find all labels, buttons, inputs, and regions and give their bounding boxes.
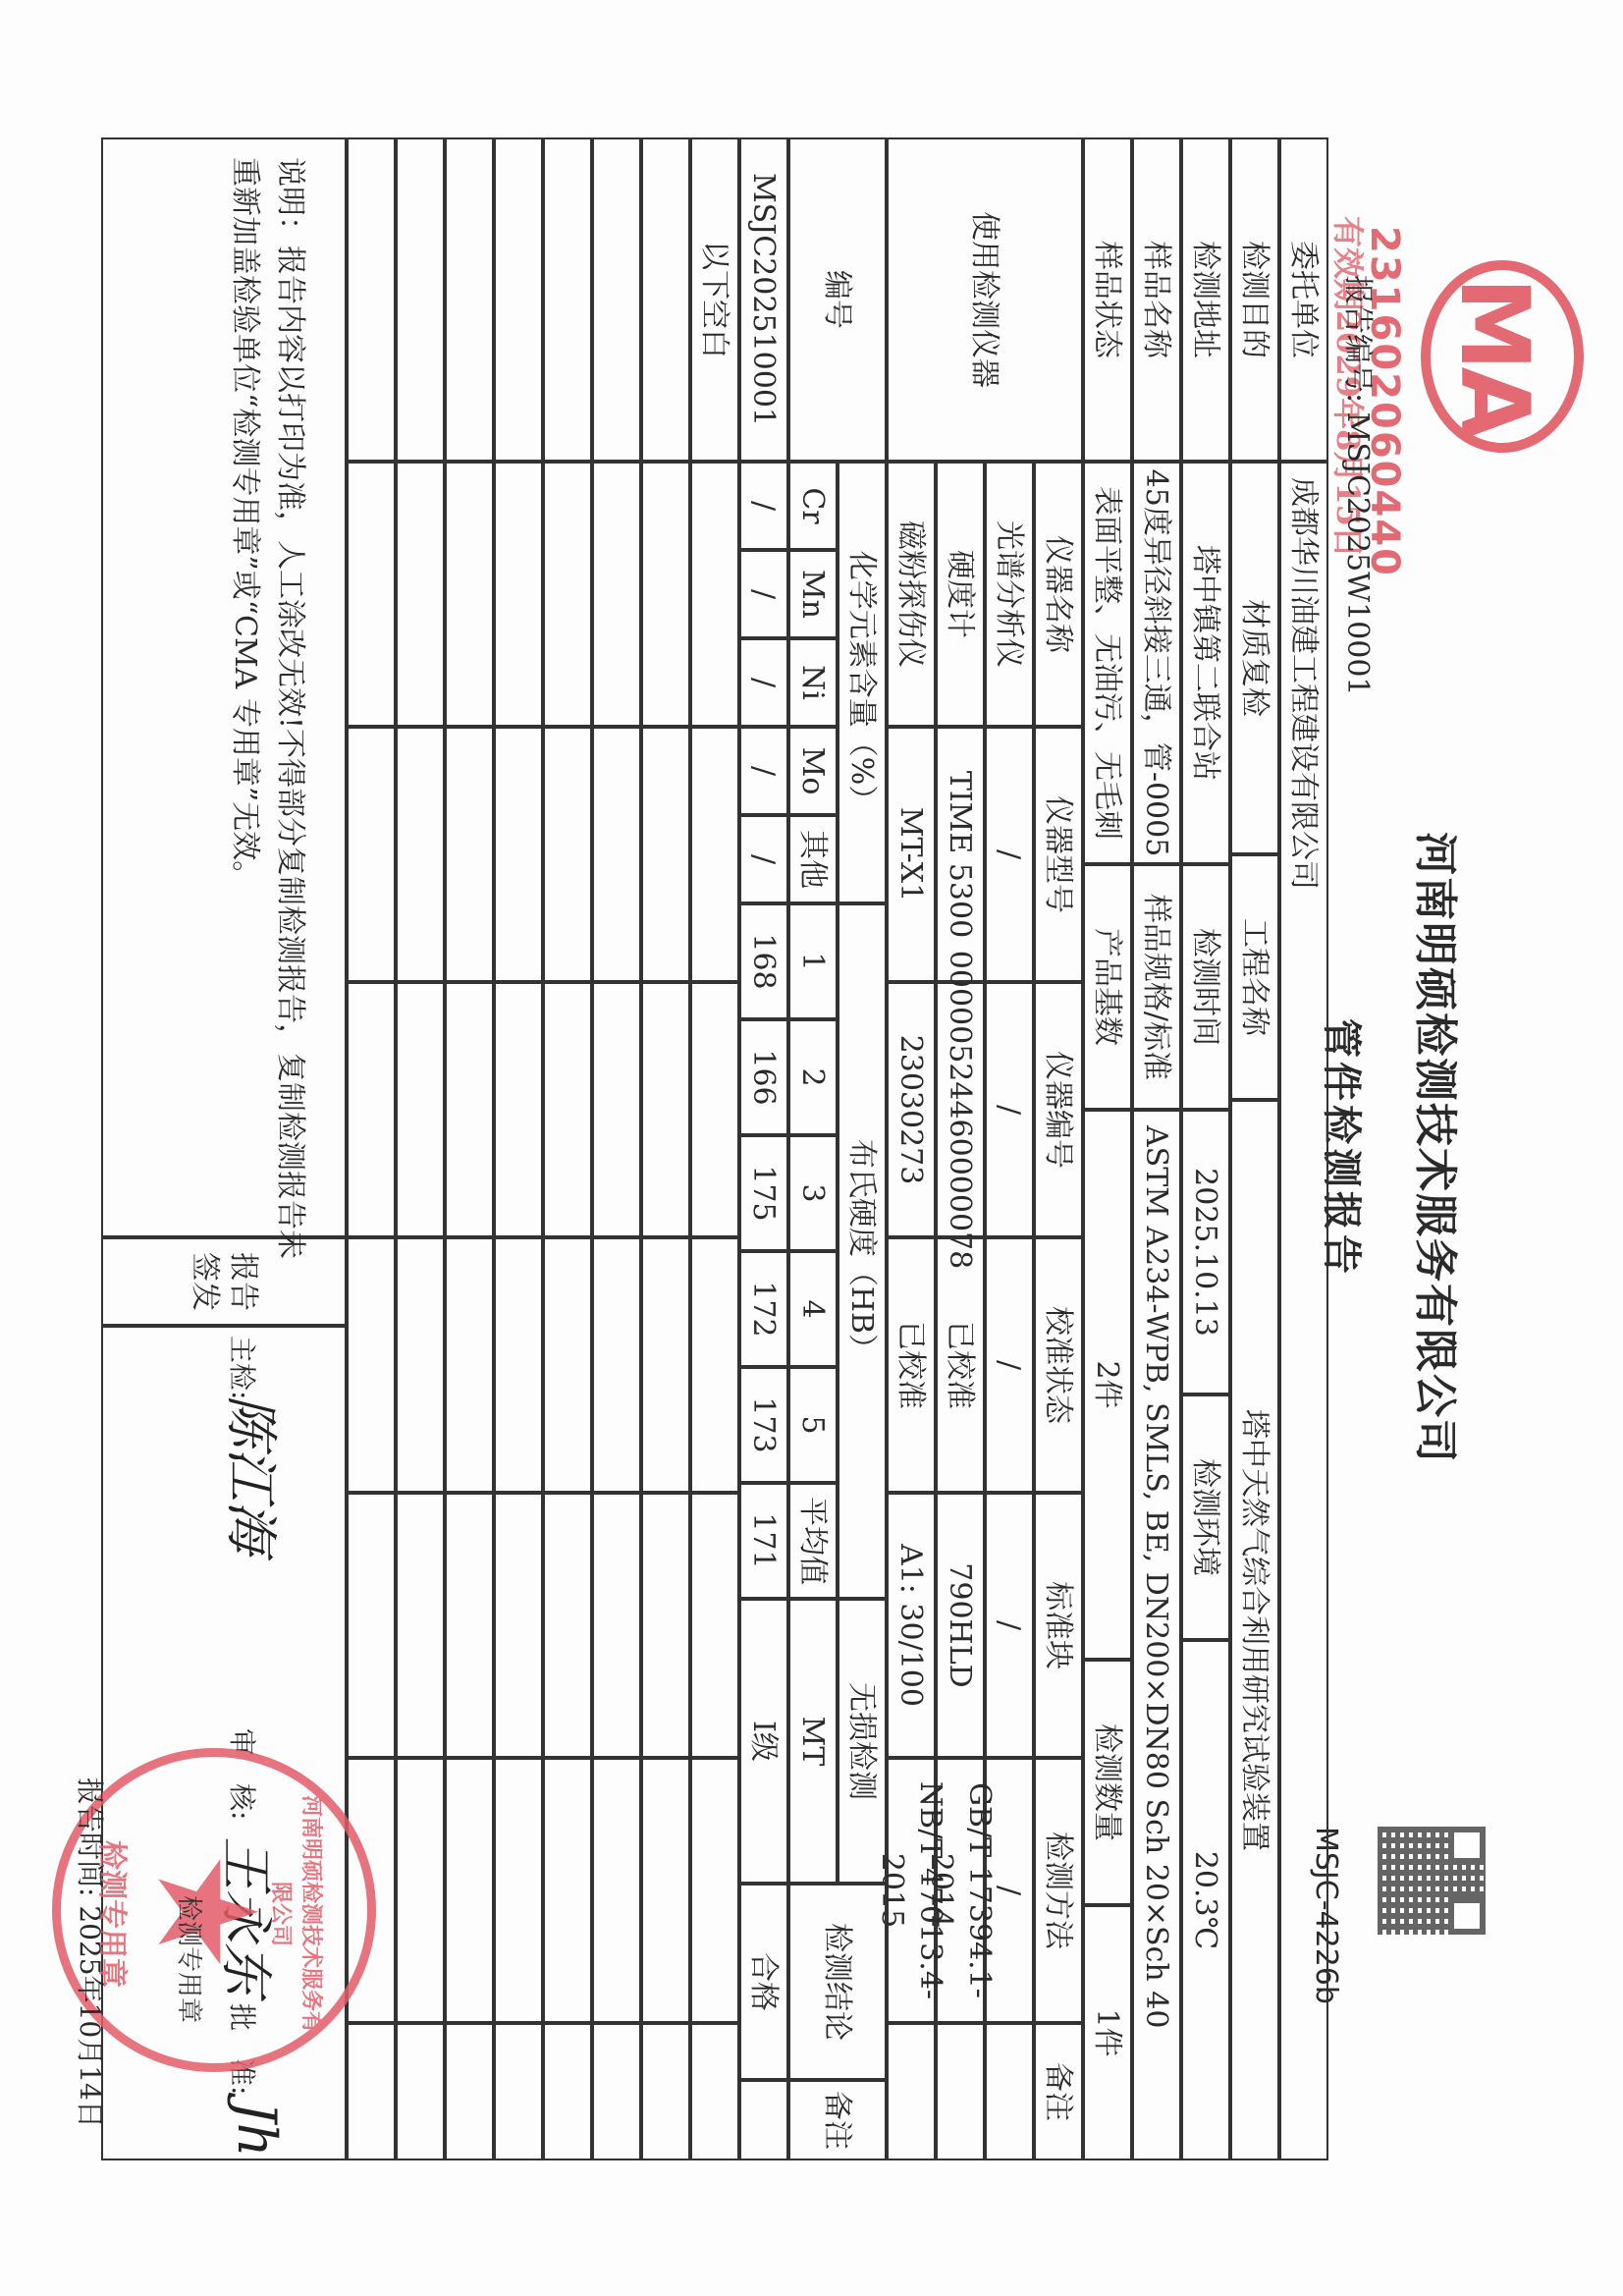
conclusion-value: 合格: [739, 1884, 788, 2080]
empty-cell: [690, 982, 739, 1237]
chem-element-header: Mo: [788, 727, 838, 815]
empty-cell: [347, 1237, 396, 1493]
instrument-header-3: 校准状态: [1034, 1237, 1083, 1493]
report-date-value: 2025年10月14日: [74, 1905, 106, 2128]
empty-cell: [592, 727, 641, 982]
report-page: MA 231602060440 有效期2029年8月15日 报告编号: MSJC…: [0, 0, 1623, 2296]
empty-cell: [641, 2023, 690, 2160]
hardness-point-header: 1: [788, 903, 838, 1019]
sample-state-label: 样品状态: [1083, 137, 1132, 462]
empty-cell: [445, 982, 494, 1237]
empty-cell: [690, 2023, 739, 2160]
purpose-value: 材质复检: [1230, 462, 1279, 854]
empty-cell: [592, 982, 641, 1237]
empty-cell: [543, 462, 592, 727]
empty-cell: [592, 1237, 641, 1493]
empty-cell: [347, 727, 396, 982]
sample-name-value: 45度异径斜接三通，管-0005: [1132, 462, 1181, 864]
spec-value: ASTM A234-WPB, SMLS, BE, DN200×DN80 Sch …: [1132, 1110, 1181, 2160]
empty-cell: [494, 727, 543, 982]
empty-cell: [592, 1758, 641, 2023]
chem-element-header: Mn: [788, 550, 838, 638]
instrument-cell: [936, 2023, 985, 2160]
client-value: 成都华川油建工程建设有限公司: [1279, 462, 1328, 2160]
instrument-header-2: 仪器编号: [1034, 982, 1083, 1237]
hardness-value: 173: [739, 1367, 788, 1483]
remark-value: [739, 2080, 788, 2160]
hardness-value: 166: [739, 1019, 788, 1135]
instrument-cell: 光谱分析仪: [985, 462, 1034, 727]
hardness-point-header: 3: [788, 1135, 838, 1251]
report-date: 报告时间: 2025年10月14日: [72, 1777, 111, 2128]
instrument-cell: NB/T 47013.4-2015: [887, 1758, 936, 2023]
instrument-cell: /: [985, 1237, 1034, 1493]
hardness-value: 175: [739, 1135, 788, 1251]
empty-cell: [641, 462, 690, 727]
instrument-cell: [985, 2023, 1034, 2160]
note-line-2: 重新加盖检验单位“检测专用章”或“CMA 专用章”无效。: [222, 157, 267, 1925]
empty-cell: [543, 982, 592, 1237]
instrument-cell: 已校准: [936, 1237, 985, 1493]
empty-cell: [641, 1237, 690, 1493]
instrument-cell: /: [985, 1493, 1034, 1758]
empty-cell: [494, 1493, 543, 1758]
chem-element-header: 其他: [788, 815, 838, 903]
product-count-label: 产品基数: [1083, 864, 1132, 1110]
result-id-label: 编号: [788, 137, 887, 462]
empty-cell: [543, 1237, 592, 1493]
instrument-cell: [887, 2023, 936, 2160]
empty-cell: [690, 1758, 739, 2023]
instrument-header-4: 标准块: [1034, 1493, 1083, 1758]
environment-label: 检测环境: [1181, 1394, 1230, 1640]
test-time-value: 2025.10.13: [1181, 1110, 1230, 1394]
empty-cell: [445, 1758, 494, 2023]
empty-cell: [543, 2023, 592, 2160]
instrument-header-5: 检测方法: [1034, 1758, 1083, 2023]
chem-value: /: [739, 815, 788, 903]
empty-cell: [494, 2023, 543, 2160]
instruments-label: 使用检测仪器: [887, 137, 1083, 462]
empty-cell: [543, 1758, 592, 2023]
empty-cell: [396, 1493, 445, 1758]
chem-element-header: Cr: [788, 462, 838, 550]
instrument-header-1: 仪器型号: [1034, 727, 1083, 982]
hardness-label: 布氏硬度（HB）: [838, 903, 887, 1599]
empty-cell: [690, 462, 739, 727]
instrument-cell: TIME 5300: [936, 727, 985, 982]
purpose-label: 检测目的: [1230, 137, 1279, 462]
empty-cell: [494, 137, 543, 462]
empty-cell: [396, 137, 445, 462]
empty-cell: [494, 462, 543, 727]
sample-name-label: 样品名称: [1132, 137, 1181, 462]
empty-cell: [641, 727, 690, 982]
client-label: 委托单位: [1279, 137, 1328, 462]
hardness-value: 172: [739, 1251, 788, 1367]
ndt-method: MT: [788, 1599, 838, 1884]
empty-cell: [690, 1237, 739, 1493]
empty-cell: [543, 1493, 592, 1758]
empty-cell: [641, 1493, 690, 1758]
hardness-value: 168: [739, 903, 788, 1019]
instrument-cell: A1: 30/100: [887, 1493, 936, 1758]
empty-cell: [445, 462, 494, 727]
instrument-cell: /: [985, 727, 1034, 982]
empty-cell: [592, 462, 641, 727]
project-value: 塔中天然气综合利用研究试验装置: [1230, 1100, 1279, 2160]
empty-cell: [641, 137, 690, 462]
empty-cell: [445, 727, 494, 982]
chem-value: /: [739, 727, 788, 815]
empty-cell: [592, 2023, 641, 2160]
chem-label: 化学元素含量（%）: [838, 462, 887, 903]
instrument-cell: /: [985, 982, 1034, 1237]
hardness-point-header: 4: [788, 1251, 838, 1367]
remark-label: 备注: [788, 2080, 887, 2160]
empty-cell: [641, 982, 690, 1237]
ndt-grade: I级: [739, 1599, 788, 1884]
environment-value: 20.3℃: [1181, 1640, 1230, 2160]
empty-cell: [396, 982, 445, 1237]
empty-cell: [494, 982, 543, 1237]
empty-cell: [396, 2023, 445, 2160]
inspector-signature: 陈江海: [217, 1394, 293, 1554]
result-id: MSJC202510001: [739, 137, 788, 462]
empty-cell: [347, 982, 396, 1237]
ndt-label: 无损检测: [838, 1599, 887, 1884]
empty-cell: [494, 1758, 543, 2023]
chem-value: /: [739, 638, 788, 727]
empty-cell: [396, 1758, 445, 2023]
empty-cell: [690, 727, 739, 982]
instrument-cell: 已校准: [887, 1237, 936, 1493]
instrument-cell: 790HLD: [936, 1493, 985, 1758]
instrument-cell: 硬度计: [936, 462, 985, 727]
instrument-cell: 00000524460000078: [936, 982, 985, 1237]
inspector-label: 主检:: [224, 1336, 263, 1399]
empty-cell: [347, 1493, 396, 1758]
empty-cell: [445, 137, 494, 462]
empty-cell: [396, 462, 445, 727]
instrument-cell: 磁粉探伤仪: [887, 462, 936, 727]
empty-cell: [347, 2023, 396, 2160]
address-label: 检测地址: [1181, 137, 1230, 462]
blank-label: 以下空白: [690, 137, 739, 462]
instrument-header-6: 备注: [1034, 2023, 1083, 2160]
hardness-value: 171: [739, 1483, 788, 1599]
empty-cell: [445, 2023, 494, 2160]
empty-cell: [592, 1493, 641, 1758]
empty-cell: [347, 137, 396, 462]
product-count-value: 2件: [1083, 1110, 1132, 1660]
empty-cell: [396, 727, 445, 982]
chem-value: /: [739, 550, 788, 638]
address-value: 塔中镇第二联合站: [1181, 462, 1230, 864]
sample-state-value: 表面平整、无油污、无毛刺: [1083, 462, 1132, 864]
empty-cell: [494, 1237, 543, 1493]
empty-cell: [396, 1237, 445, 1493]
empty-cell: [543, 727, 592, 982]
empty-cell: [445, 1493, 494, 1758]
report-date-label: 报告时间:: [74, 1777, 106, 1896]
test-time-label: 检测时间: [1181, 864, 1230, 1110]
conclusion-label: 检测结论: [788, 1884, 887, 2080]
project-label: 工程名称: [1230, 854, 1279, 1100]
hardness-point-header: 5: [788, 1367, 838, 1483]
empty-cell: [641, 1758, 690, 2023]
instrument-cell: 23030273: [887, 982, 936, 1237]
empty-cell: [445, 1237, 494, 1493]
hardness-point-header: 2: [788, 1019, 838, 1135]
test-qty-label: 检测数量: [1083, 1660, 1132, 1905]
chem-value: /: [739, 462, 788, 550]
spec-label: 样品规格/标准: [1132, 864, 1181, 1110]
approver-signature: Jh: [226, 2102, 288, 2157]
hardness-point-header: 平均值: [788, 1483, 838, 1599]
instrument-header-0: 仪器名称: [1034, 462, 1083, 727]
chem-element-header: Ni: [788, 638, 838, 727]
empty-cell: [543, 137, 592, 462]
empty-cell: [690, 1493, 739, 1758]
report-note: 说明：报告内容以打印为准，人工涂改无效!不得部分复制检测报告，复制检测报告未 重…: [222, 157, 312, 1925]
test-qty-value: 1件: [1083, 1905, 1132, 2160]
empty-cell: [592, 137, 641, 462]
empty-cell: [347, 462, 396, 727]
seal-label: 检测专用章: [173, 1895, 209, 2023]
note-line-1: 说明：报告内容以打印为准，人工涂改无效!不得部分复制检测报告，复制检测报告未: [267, 157, 312, 1925]
instrument-cell: MT-X1: [887, 727, 936, 982]
